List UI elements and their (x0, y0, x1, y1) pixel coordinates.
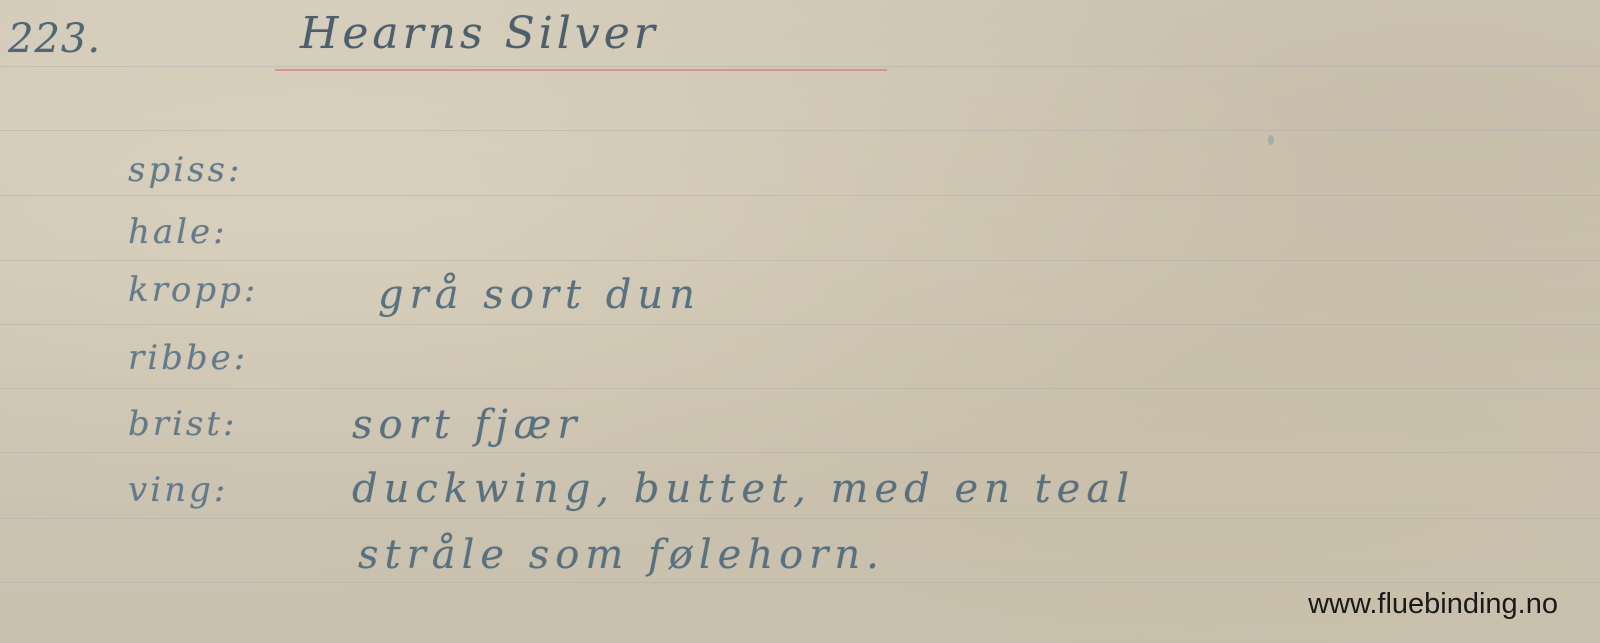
ruled-line (0, 582, 1600, 583)
entry-number: 223. (8, 16, 101, 62)
ledger-page: 223. Hearns Silver spiss: hale: kropp: g… (0, 0, 1600, 643)
field-label: ving: (128, 470, 228, 510)
ruled-line (0, 260, 1600, 261)
watermark-link[interactable]: www.fluebinding.no (1308, 588, 1558, 621)
ruled-line (0, 518, 1600, 519)
title-underline (275, 69, 887, 71)
field-value: sort fjær (352, 402, 582, 448)
field-label: hale: (128, 212, 228, 252)
ruled-line (0, 324, 1600, 325)
field-value-continuation: stråle som følehorn. (358, 532, 885, 578)
field-label: spiss: (128, 150, 242, 190)
field-value: duckwing, buttet, med en teal (352, 466, 1135, 512)
field-value: grå sort dun (378, 272, 701, 318)
ink-speck (1268, 135, 1274, 145)
recipe-title: Hearns Silver (300, 8, 659, 59)
ruled-line (0, 388, 1600, 389)
ruled-line (0, 195, 1600, 196)
field-label: kropp: (128, 270, 258, 310)
ruled-line (0, 452, 1600, 453)
ruled-line (0, 66, 1600, 67)
field-label: ribbe: (128, 338, 248, 378)
ruled-line (0, 130, 1600, 131)
field-label: brist: (128, 404, 237, 444)
